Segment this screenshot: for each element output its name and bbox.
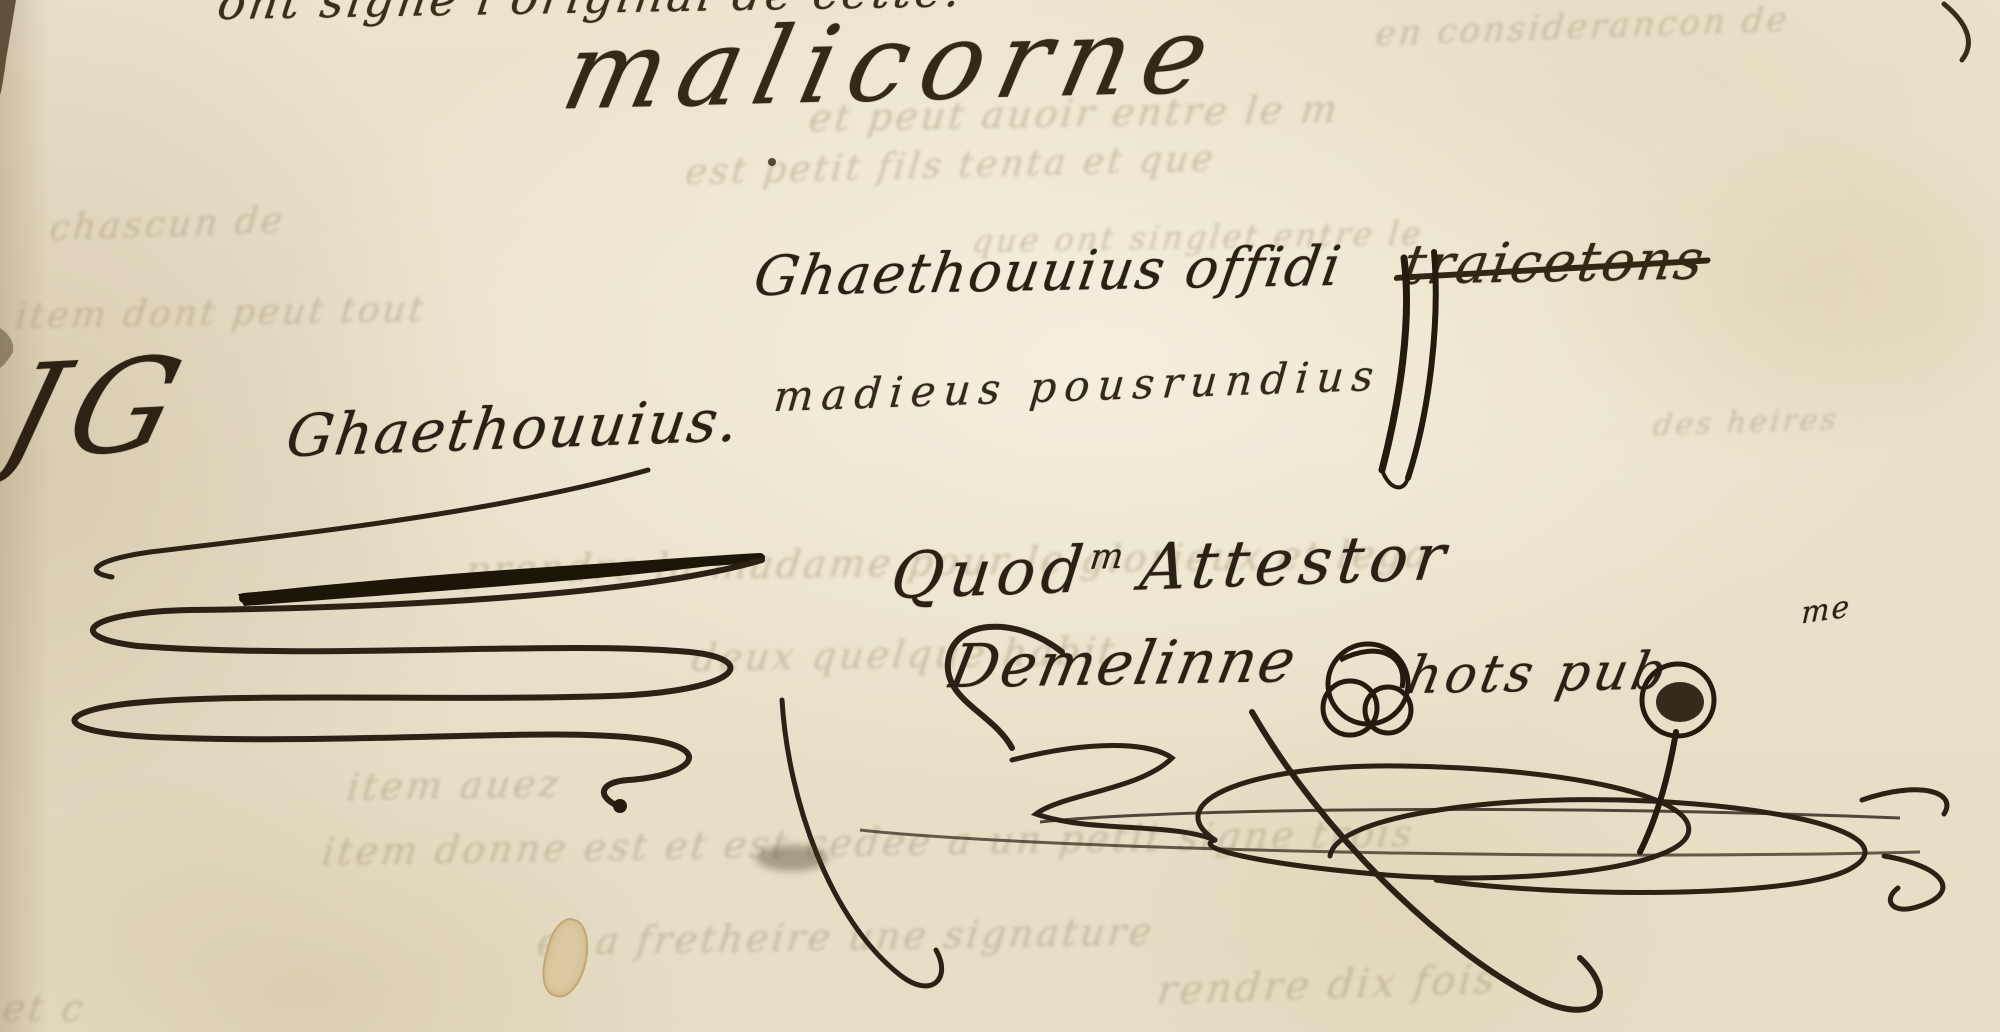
quod-attestor-line: QuodmAttestor xyxy=(887,520,1455,614)
quod-superscript: m xyxy=(1088,536,1127,578)
corner-stroke xyxy=(1944,4,1968,60)
manuscript-page: en considerancon de et peut auoir entre … xyxy=(0,0,2000,1032)
corner-stain xyxy=(0,0,16,95)
struck-word: traicetons xyxy=(1399,227,1710,296)
bleedthrough-line: et c xyxy=(0,986,89,1030)
bleedthrough-line: chascun de xyxy=(48,200,288,249)
bleedthrough-line: item donne est et est cedee a un petit s… xyxy=(320,811,1418,874)
signature-malicorne: Malicorne xyxy=(553,0,1234,134)
bleedthrough-line: en considerancon de xyxy=(1374,0,1792,54)
ghaethouuius-text: Ghaethouuius offidi xyxy=(750,234,1347,308)
hook-right xyxy=(1884,856,1943,909)
notary-superscript: me xyxy=(1801,589,1852,632)
bleedthrough-line: est petit fils tenta et que xyxy=(683,138,1218,193)
ff-descender-join xyxy=(1382,470,1408,487)
signature-line-ghaethouuius: Ghaethouuius offiditraicetons xyxy=(750,227,1710,308)
interline-annotation: madieus pousrundius xyxy=(772,351,1384,421)
knot-flourish-left xyxy=(1323,644,1411,735)
bleedthrough-line: et a fretheire une signature xyxy=(535,909,1158,964)
hook-right xyxy=(1862,790,1947,814)
signature-jg-monogram: JG xyxy=(0,328,209,489)
bleedthrough-line: item dont peut tout xyxy=(13,289,429,337)
bleedthrough-line: des heires xyxy=(1651,402,1841,444)
signature-jg-name: Ghaethouuius. xyxy=(282,386,744,470)
quod-word: Quod xyxy=(887,533,1093,614)
edge-stain xyxy=(0,328,13,368)
notary-signature-name: Demelinne xyxy=(944,626,1303,702)
paraph-end-dot xyxy=(613,799,627,813)
attestor-word: Attestor xyxy=(1136,520,1455,605)
bleedthrough-line: item auez xyxy=(345,761,565,809)
bleedthrough-line: rendre dix fois xyxy=(1155,956,1500,1014)
notary-signature-title: hots pub xyxy=(1402,641,1675,706)
